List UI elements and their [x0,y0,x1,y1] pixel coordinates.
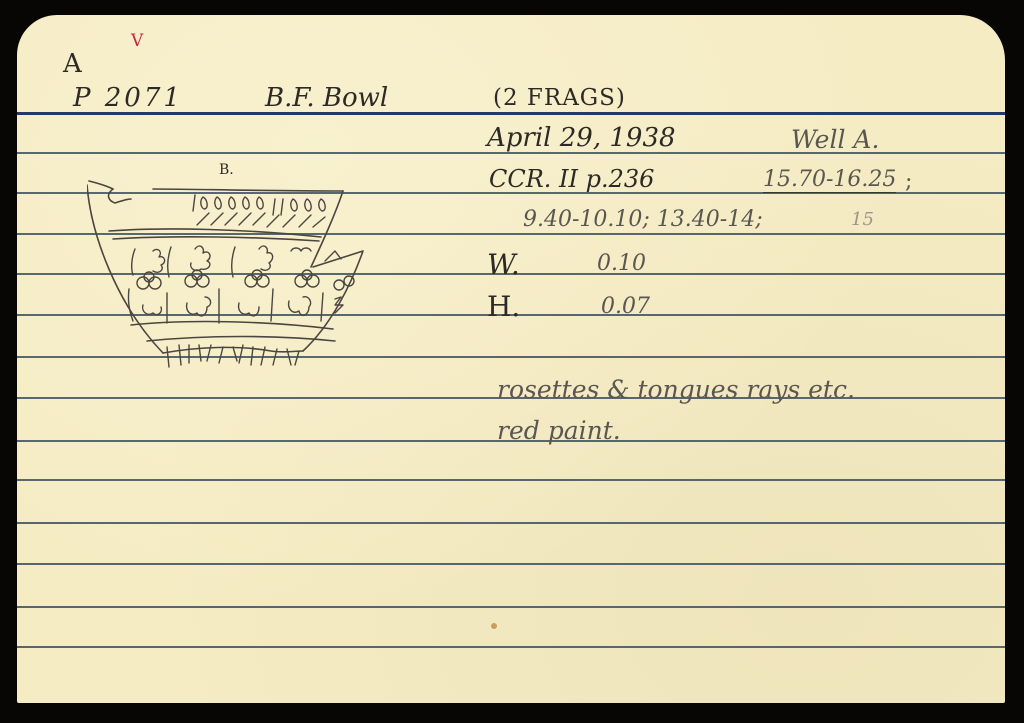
reference: CCR. II p.236 [489,167,654,191]
ruled-line [17,646,1005,648]
bowl-sketch-drawing [87,155,387,375]
width-label: W. [487,251,520,279]
width-value: 0.10 [597,253,646,275]
description-note-line1: rosettes & tongues rays etc. [497,377,855,402]
excavation-date: April 29, 1938 [487,125,676,151]
ruled-line [17,606,1005,608]
check-mark: V [131,33,143,50]
depth-secondary: 9.40-10.10; 13.40-14; [523,209,763,231]
depth-primary-separator: ; [905,171,912,193]
section-letter: A [63,51,82,77]
ruled-line [17,563,1005,565]
height-value: 0.07 [601,296,650,318]
fragments-note: (2 FRAGS) [493,87,626,110]
depth-primary: 15.70-16.25 [763,169,896,193]
ink-stain [491,623,497,629]
depth-faint: 15 [851,211,874,229]
height-label: H. [487,293,520,321]
description-note-line2: red paint. [497,418,621,443]
ruled-line [17,522,1005,524]
ruled-line [17,479,1005,481]
index-card: A V P 2071 B.F. Bowl (2 FRAGS) B. [17,15,1005,703]
find-location: Well A. [791,127,879,152]
inventory-number: P 2071 [73,85,183,111]
object-type: B.F. Bowl [265,85,388,111]
